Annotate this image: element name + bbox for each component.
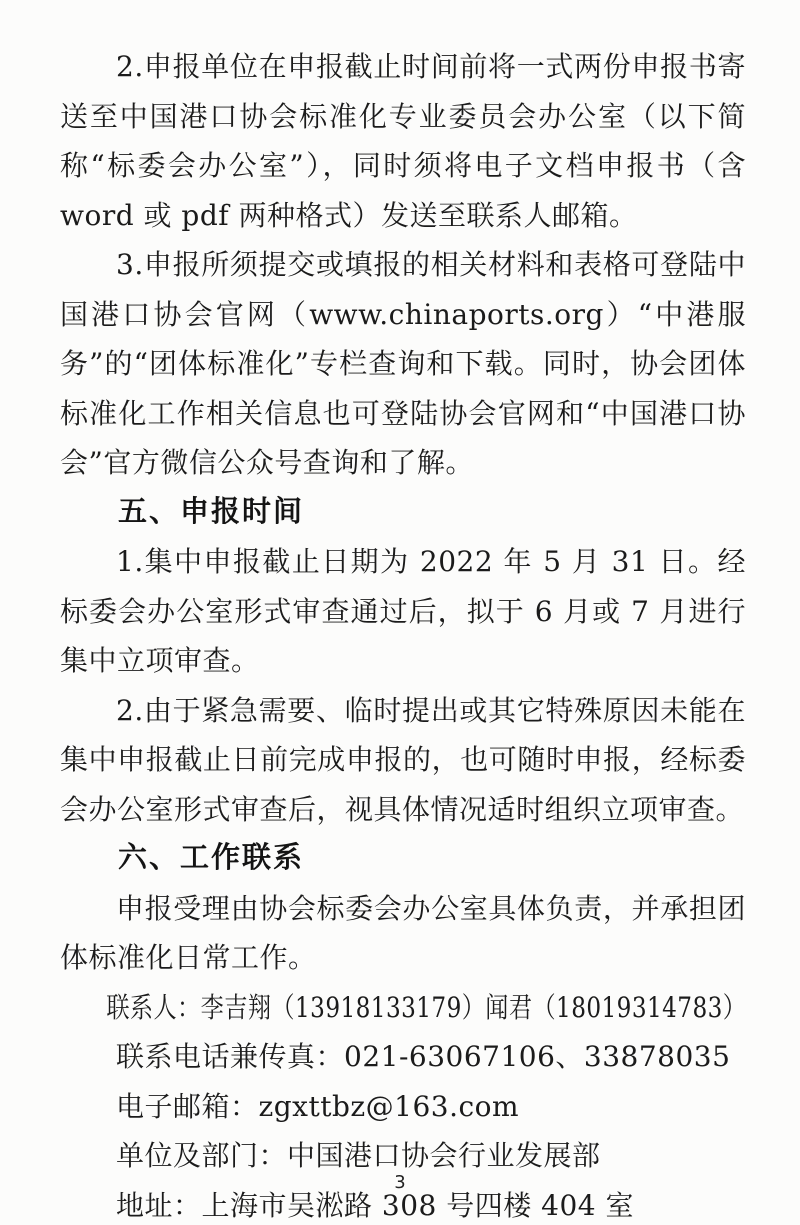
paragraph-urgent-cases: 2.由于紧急需要、临时提出或其它特殊原因未能在集中申报截止日前完成申报的，也可随… (60, 686, 746, 835)
paragraph-office-responsibility: 申报受理由协会标委会办公室具体负责，并承担团体标准化日常工作。 (60, 884, 746, 983)
page-number: 3 (0, 1172, 800, 1193)
paragraph-mailing-instructions: 2.申报单位在申报截止时间前将一式两份申报书寄送至中国港口协会标准化专业委员会办… (60, 42, 746, 240)
paragraph-materials-download: 3.申报所须提交或填报的相关材料和表格可登陆中国港口协会官网（www.china… (60, 240, 746, 488)
section-heading-work-contact: 六、工作联系 (60, 834, 746, 884)
paragraph-deadline: 1.集中申报截止日期为 2022 年 5 月 31 日。经标委会办公室形式审查通… (60, 537, 746, 686)
contact-person-line: 联系人：李吉翔（13918133179）闻君（18019314783） (60, 983, 628, 1033)
contact-phone-line: 联系电话兼传真：021-63067106、33878035 (60, 1032, 746, 1082)
document-body: 2.申报单位在申报截止时间前将一式两份申报书寄送至中国港口协会标准化专业委员会办… (60, 42, 746, 1225)
section-heading-application-time: 五、申报时间 (60, 488, 746, 538)
document-page: 2.申报单位在申报截止时间前将一式两份申报书寄送至中国港口协会标准化专业委员会办… (0, 0, 800, 1225)
contact-email-line: 电子邮箱：zgxttbz@163.com (60, 1082, 746, 1132)
